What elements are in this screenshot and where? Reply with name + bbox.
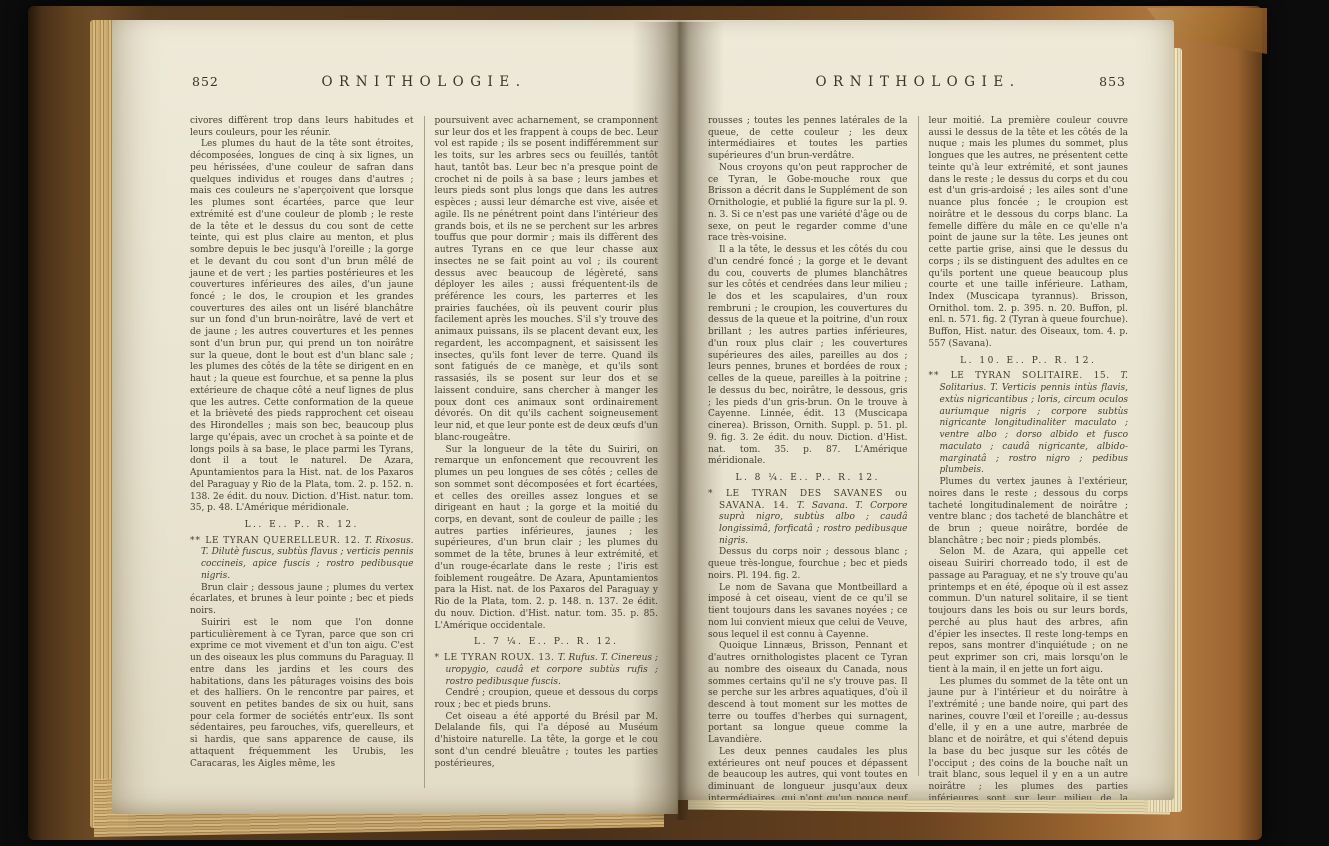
page-header: 852 ORNITHOLOGIE. [190,74,658,106]
species-entry: ** LE TYRAN QUERELLEUR. 12. T. Rixosus. … [190,536,414,583]
reference-line: L. 10. E.. P.. R. 12. [929,356,1129,368]
text-column-2: leur moitié. La première couleur couvre … [918,116,1129,776]
species-name: LE TYRAN ROUX. 13. [444,653,558,663]
paragraph: Les deux pennes caudales les plus extéri… [708,747,908,800]
text-column-1: civores diffèrent trop dans leurs habitu… [190,116,424,788]
paragraph: Les plumes du sommet de la tête ont un j… [929,677,1129,800]
paragraph: rousses ; toutes les pennes latérales de… [708,116,908,163]
species-entry: * LE TYRAN DES SAVANES ou SAVANA. 14. T.… [708,489,908,548]
paragraph: Nous croyons qu'on peut rapprocher de ce… [708,163,908,245]
paragraph: poursuivent avec acharnement, se crampon… [435,116,659,445]
paragraph: leur moitié. La première couleur couvre … [929,116,1129,351]
entry-marker: * [435,653,444,663]
species-entry: * LE TYRAN ROUX. 13. T. Rufus. T. Cinere… [435,653,659,688]
species-name: LE TYRAN QUERELLEUR. 12. [205,536,364,546]
page-number: 853 [1099,74,1126,89]
page-852-content: 852 ORNITHOLOGIE. civores diffèrent trop… [112,20,678,814]
book-photo: 852 ORNITHOLOGIE. civores diffèrent trop… [0,0,1329,846]
running-title: ORNITHOLOGIE. [190,74,658,90]
text-column-2: poursuivent avec acharnement, se crampon… [424,116,659,788]
page-853-content: ORNITHOLOGIE. 853 rousses ; toutes les p… [678,20,1174,800]
paragraph: Selon M. de Azara, qui appelle cet oisea… [929,547,1129,676]
reference-line: L. 8 ¼. E.. P.. R. 12. [708,473,908,485]
reference-line: L.. E.. P.. R. 12. [190,520,414,532]
paragraph: Le nom de Savana que Montbeillard a impo… [708,583,908,642]
page-number: 852 [192,74,219,89]
paragraph: Cet oiseau a été apporté du Brésil par M… [435,712,659,771]
open-book-spread: 852 ORNITHOLOGIE. civores diffèrent trop… [112,20,1174,822]
species-entry: ** LE TYRAN SOLITAIRE. 15. T. Solitarius… [929,371,1129,477]
paragraph: Sur la longueur de la tête du Suiriri, o… [435,445,659,633]
paragraph: Dessus du corps noir ; dessous blanc ; q… [708,547,908,582]
paragraph: Plumes du vertex jaunes à l'extérieur, n… [929,477,1129,547]
text-column-1: rousses ; toutes les pennes latérales de… [708,116,918,776]
latin-diagnosis: T. Solitarius. T. Verticis pennis intùs … [940,371,1129,475]
paragraph: Cendré ; croupion, queue et dessous du c… [435,688,659,711]
entry-marker: * [708,489,726,499]
entry-marker: ** [929,371,951,381]
species-name: LE TYRAN SOLITAIRE. 15. [951,371,1121,381]
paragraph: civores diffèrent trop dans leurs habitu… [190,116,414,139]
page-852: 852 ORNITHOLOGIE. civores diffèrent trop… [112,20,678,814]
paragraph: Suiriri est le nom que l'on donne partic… [190,618,414,771]
running-title: ORNITHOLOGIE. [708,74,1128,90]
text-columns: civores diffèrent trop dans leurs habitu… [190,116,658,788]
reference-line: L. 7 ¼. E.. P.. R. 12. [435,637,659,649]
paragraph: Les plumes du haut de la tête sont étroi… [190,139,414,515]
page-header: ORNITHOLOGIE. 853 [708,74,1128,106]
paragraph: Quoique Linnæus, Brisson, Pennant et d'a… [708,641,908,747]
entry-marker: ** [190,536,205,546]
paragraph: Brun clair ; dessous jaune ; plumes du v… [190,583,414,618]
text-columns: rousses ; toutes les pennes latérales de… [708,116,1128,776]
paragraph: Il a la tête, le dessus et les côtés du … [708,245,908,468]
page-853: ORNITHOLOGIE. 853 rousses ; toutes les p… [678,20,1174,800]
